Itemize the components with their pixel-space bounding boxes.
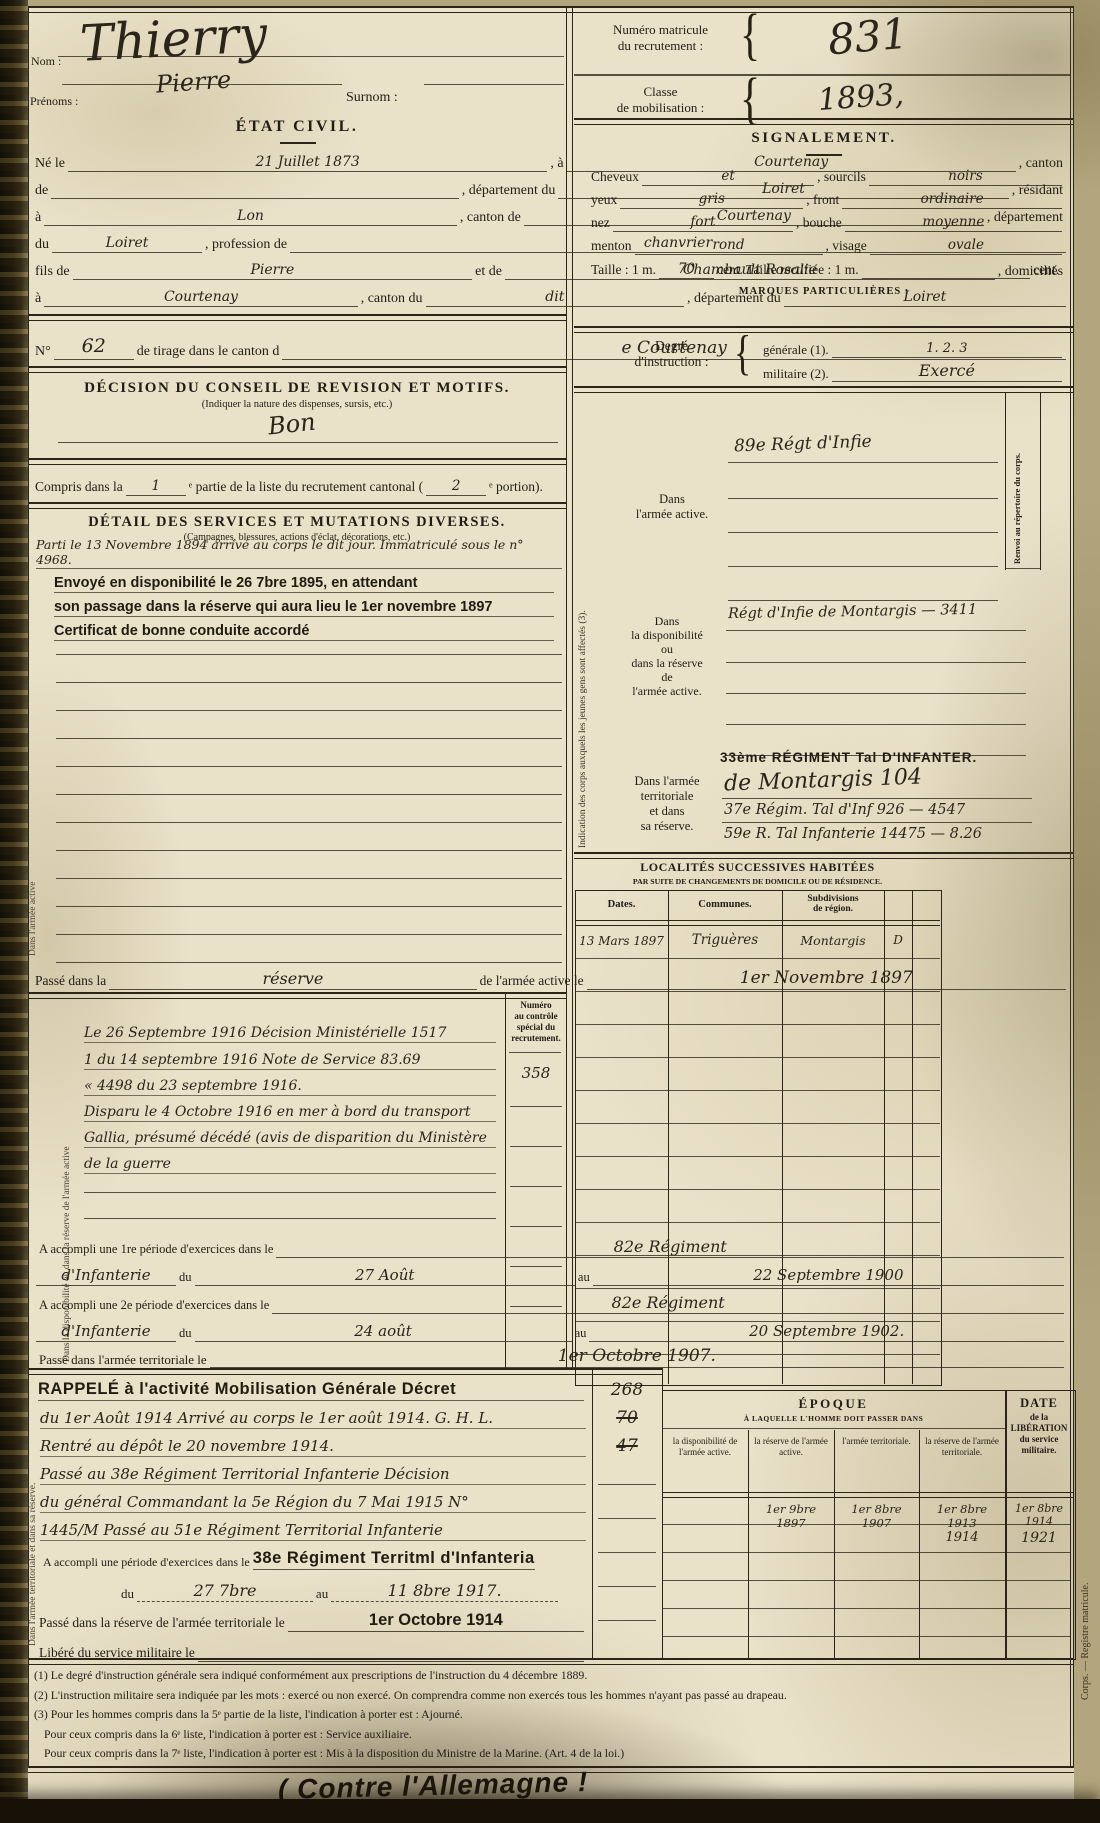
matricule-label: Numéro matricule du recrutement : [588, 22, 733, 54]
blank-rule [662, 1580, 1005, 1581]
classe-value: 1893, [817, 77, 905, 118]
epoque-date-blank-rows [1007, 1524, 1071, 1654]
blank-rule [728, 498, 998, 499]
degre-generale-row: générale (1). 1. 2. 3 [760, 336, 1062, 358]
blank-rule [575, 991, 940, 992]
epoque-blank-rows [662, 1524, 1005, 1654]
localites-subtitle: PAR SUITE DE CHANGEMENTS DE DOMICILE OU … [575, 877, 940, 886]
blank-rule [726, 662, 1026, 663]
signalement-title: SIGNALEMENT. [574, 130, 1074, 147]
footnotes-block: (1) Le degré d'instruction générale sera… [34, 1666, 1068, 1764]
blank-rule [662, 1608, 1005, 1609]
blank-rule [662, 1524, 1005, 1525]
signalement-tiret [806, 154, 842, 156]
blank-rule [575, 1321, 940, 1322]
signalement-row-1: Cheveux et , sourcils noirs [588, 164, 1062, 186]
classe-label: Classe de mobilisation : [588, 84, 733, 116]
blank-rule [575, 1189, 940, 1190]
blank-rule [598, 1484, 656, 1485]
margin-label-registre-matricule: Corps. — Registre matricule. [1080, 1400, 1091, 1700]
taille-rectifiee-blank [862, 278, 1030, 279]
corps-dispo-label: Dans la disponibilité ou dans la réserve… [614, 614, 720, 698]
renvoi-label: Renvoi au répertoire du corps. [1012, 398, 1022, 564]
blank-rule [56, 906, 562, 907]
footnote-1: (1) Le degré d'instruction générale sera… [34, 1666, 1068, 1686]
rappele-line-9: Passé dans la réserve de l'armée territo… [36, 1606, 584, 1632]
degre-brace: { [734, 325, 751, 382]
localites-col-dates: Dates. [575, 899, 668, 910]
localites-row1-subdivision: Montargis [784, 933, 882, 948]
epoque-col3-header: l'armée territoriale. [836, 1436, 917, 1447]
services-blank-rules [56, 654, 562, 994]
reserve-note-1: Le 26 Septembre 1916 Décision Ministérie… [84, 1018, 496, 1043]
degre-label: Degré d'instruction : [614, 338, 729, 370]
blank-rule [726, 724, 1026, 725]
blank-rule [726, 693, 1026, 694]
blank-rule [510, 1226, 562, 1227]
decision-value: Bon [267, 408, 317, 441]
rappele-line-2: du 1er Août 1914 Arrivé au corps le 1er … [40, 1404, 586, 1429]
etat-civil-title: ÉTAT CIVIL. [28, 118, 566, 136]
epoque-subtitle: À LAQUELLE L'HOMME DOIT PASSER DANS [662, 1414, 1005, 1423]
surname-handwritten: Thierry [79, 5, 269, 73]
blank-rule [1007, 1580, 1071, 1581]
blank-rule [575, 1222, 940, 1223]
rappele-line-3: Rentré au dépôt le 20 novembre 1914. [40, 1432, 586, 1457]
blank-rule [56, 934, 562, 935]
blank-rule [598, 1552, 656, 1553]
blank-rule [56, 738, 562, 739]
tirage-number: 62 [54, 335, 134, 360]
blank-rule [728, 566, 998, 567]
localites-col-subdivisions: Subdivisions de région. [782, 894, 884, 914]
blank-rule [575, 1123, 940, 1124]
epoque-col4-header: la réserve de l'armée territoriale. [921, 1436, 1003, 1458]
blank-rule [56, 962, 562, 963]
blank-rule [56, 710, 562, 711]
blank-rule [728, 532, 998, 533]
blank-rule [510, 1106, 562, 1107]
epoque-date-title: DATE [1007, 1396, 1071, 1411]
reserve-note-3: « 4498 du 23 septembre 1916. [84, 1072, 496, 1096]
rappele-line-7: A accompli une période d'exercices dans … [40, 1544, 535, 1570]
scanned-military-register-page: { "name_header": { "nom_label": "Nom :",… [0, 0, 1100, 1823]
matricule-value: 831 [826, 9, 910, 65]
signalement-row-4: menton rond , visage ovale [588, 233, 1062, 255]
service-entry-4: Certificat de bonne conduite accordé [54, 618, 554, 641]
service-entry-1: Parti le 13 Novembre 1894 arrivé au corp… [36, 546, 562, 569]
rappele-line-8: du 27 7bre au 11 8bre 1917. [118, 1576, 558, 1602]
blank-rule [728, 600, 998, 601]
blank-rule [1007, 1552, 1071, 1553]
epoque-date-subtitle: de la LIBÉRATION du service militaire. [1007, 1412, 1071, 1456]
localites-title: LOCALITÉS SUCCESSIVES HABITÉES [575, 860, 940, 875]
rappele-stamp-38e: 38e Régiment Territml d'Infanteria [253, 1548, 535, 1570]
epoque-col2-header: la réserve de l'armée active. [750, 1436, 832, 1458]
footnote-4: Pour ceux compris dans la 6ᵉ liste, l'in… [34, 1725, 1068, 1745]
matricule-brace: { [740, 4, 760, 69]
corps-terr-hw2: 37e Régim. Tal d'Inf 926 — 4547 [724, 802, 965, 818]
rappele-line-6: 1445/M Passé au 51e Régiment Territorial… [40, 1516, 586, 1541]
surname-label: Nom : [31, 54, 61, 69]
firstname-handwritten: Pierre [155, 65, 232, 98]
degre-militaire-row: militaire (2). Exercé [760, 360, 1062, 382]
corps-side-label: Indication des corps auxquels les jeunes… [578, 398, 588, 848]
service-entry-2: Envoyé en disponibilité le 26 7bre 1895,… [54, 570, 554, 593]
epoque-col1-header: la disponibilité de l'armée active. [664, 1436, 746, 1458]
blank-rule [1007, 1636, 1071, 1637]
reserve-note-5: Gallia, présumé décédé (avis de disparit… [84, 1124, 496, 1148]
localites-row1-date: 13 Mars 1897 [577, 934, 666, 948]
footnote-3: (3) Pour les hommes compris dans la 5ᵉ p… [34, 1705, 1068, 1725]
blank-rule [662, 1636, 1005, 1637]
numcol-blank-rules [598, 1484, 656, 1654]
services-title: DÉTAIL DES SERVICES ET MUTATIONS DIVERSE… [28, 514, 566, 531]
blank-rule [575, 1255, 940, 1256]
blank-rule [56, 850, 562, 851]
corps-terr-label: Dans l'armée territoriale et dans sa rés… [614, 774, 720, 834]
blank-rule [1007, 1524, 1071, 1525]
blank-rule [575, 1057, 940, 1058]
reserve-note-4: Disparu le 4 Octobre 1916 en mer à bord … [84, 1098, 496, 1122]
localites-col-communes: Communes. [668, 899, 782, 910]
blank-rule [575, 1024, 940, 1025]
corps-terr-hw3: 59e R. Tal Infanterie 14475 — 8.26 [724, 826, 982, 842]
blank-rule [575, 1288, 940, 1289]
blank-rule [56, 822, 562, 823]
corps-terr-stamp: 33ème RÉGIMENT Tal D'INFANTER. [720, 750, 977, 765]
blank-rule [56, 878, 562, 879]
rappele-line-4: Passé au 38e Régiment Territorial Infant… [40, 1460, 586, 1485]
blank-rule [575, 958, 940, 959]
scan-dark-edge [0, 0, 28, 1823]
compris-line: Compris dans la 1 ᵉ partie de la liste d… [32, 472, 1066, 496]
blank-rule [56, 794, 562, 795]
blank-rule [598, 1620, 656, 1621]
nickname-label: Surnom : [346, 90, 398, 106]
renvoi-col-right [1040, 392, 1041, 570]
reserve-note-2: 1 du 14 septembre 1916 Note de Service 8… [84, 1046, 496, 1070]
blank-rule [56, 654, 562, 655]
decision-title: DÉCISION DU CONSEIL DE REVISION ET MOTIF… [28, 380, 566, 397]
corps-active-label: Dans l'armée active. [624, 492, 720, 522]
footnote-2: (2) L'instruction militaire sera indiqué… [34, 1686, 1068, 1706]
margin-label-armee-active: Dans l'armée active [28, 606, 38, 956]
corps-active-value: 89e Régt d'Infie [734, 432, 872, 457]
etat-civil-tiret [280, 142, 316, 144]
blank-rule [84, 1192, 496, 1193]
rappele-line-1: RAPPELÉ à l'activité Mobilisation Généra… [38, 1376, 584, 1401]
blank-rule [575, 1090, 940, 1091]
blank-rule [510, 1186, 562, 1187]
blank-rule [56, 766, 562, 767]
localites-row1-commune: Triguères [670, 932, 780, 948]
controle-value: 358 [507, 1064, 565, 1082]
blank-rule [575, 1156, 940, 1157]
reserve-note-6: de la guerre [84, 1150, 496, 1174]
blank-rule [598, 1518, 656, 1519]
blank-rule [575, 1354, 940, 1355]
blank-rule [84, 1218, 496, 1219]
renvoi-col-left [1005, 392, 1006, 570]
controle-header: Numéro au contrôle spécial du recrutemen… [507, 1000, 565, 1044]
rappele-num-2: 70 [592, 1408, 662, 1428]
blank-rule [662, 1552, 1005, 1553]
footnote-5: Pour ceux compris dans la 7ᵉ liste, l'in… [34, 1744, 1068, 1764]
blank-rule [1007, 1608, 1071, 1609]
localites-row1-mark: D [884, 933, 912, 947]
scan-bottom-band [0, 1799, 1100, 1823]
epoque-title: ÉPOQUE [662, 1396, 1005, 1412]
signalement-row-3: nez fort , bouche moyenne [588, 210, 1062, 232]
rappele-num-3: 47 [592, 1436, 662, 1456]
blank-rule [56, 682, 562, 683]
marques-title: MARQUES PARTICULIÈRES : [574, 286, 1074, 297]
rappele-line-5: du général Commandant la 5e Région du 7 … [40, 1488, 586, 1513]
register-sheet: Thierry Nom : Pierre Prénoms : Surnom : … [28, 6, 1074, 1802]
blank-rule [510, 1146, 562, 1147]
localites-blank-rows [575, 958, 940, 1386]
signalement-taille-row: Taille : 1 m. 70 cent. Taille rectifiée … [588, 257, 1062, 279]
service-entry-3: son passage dans la réserve qui aura lie… [54, 594, 554, 617]
firstname-label: Prénoms : [30, 94, 78, 109]
signalement-row-2: yeux gris , front ordinaire [588, 187, 1062, 209]
blank-rule [598, 1586, 656, 1587]
